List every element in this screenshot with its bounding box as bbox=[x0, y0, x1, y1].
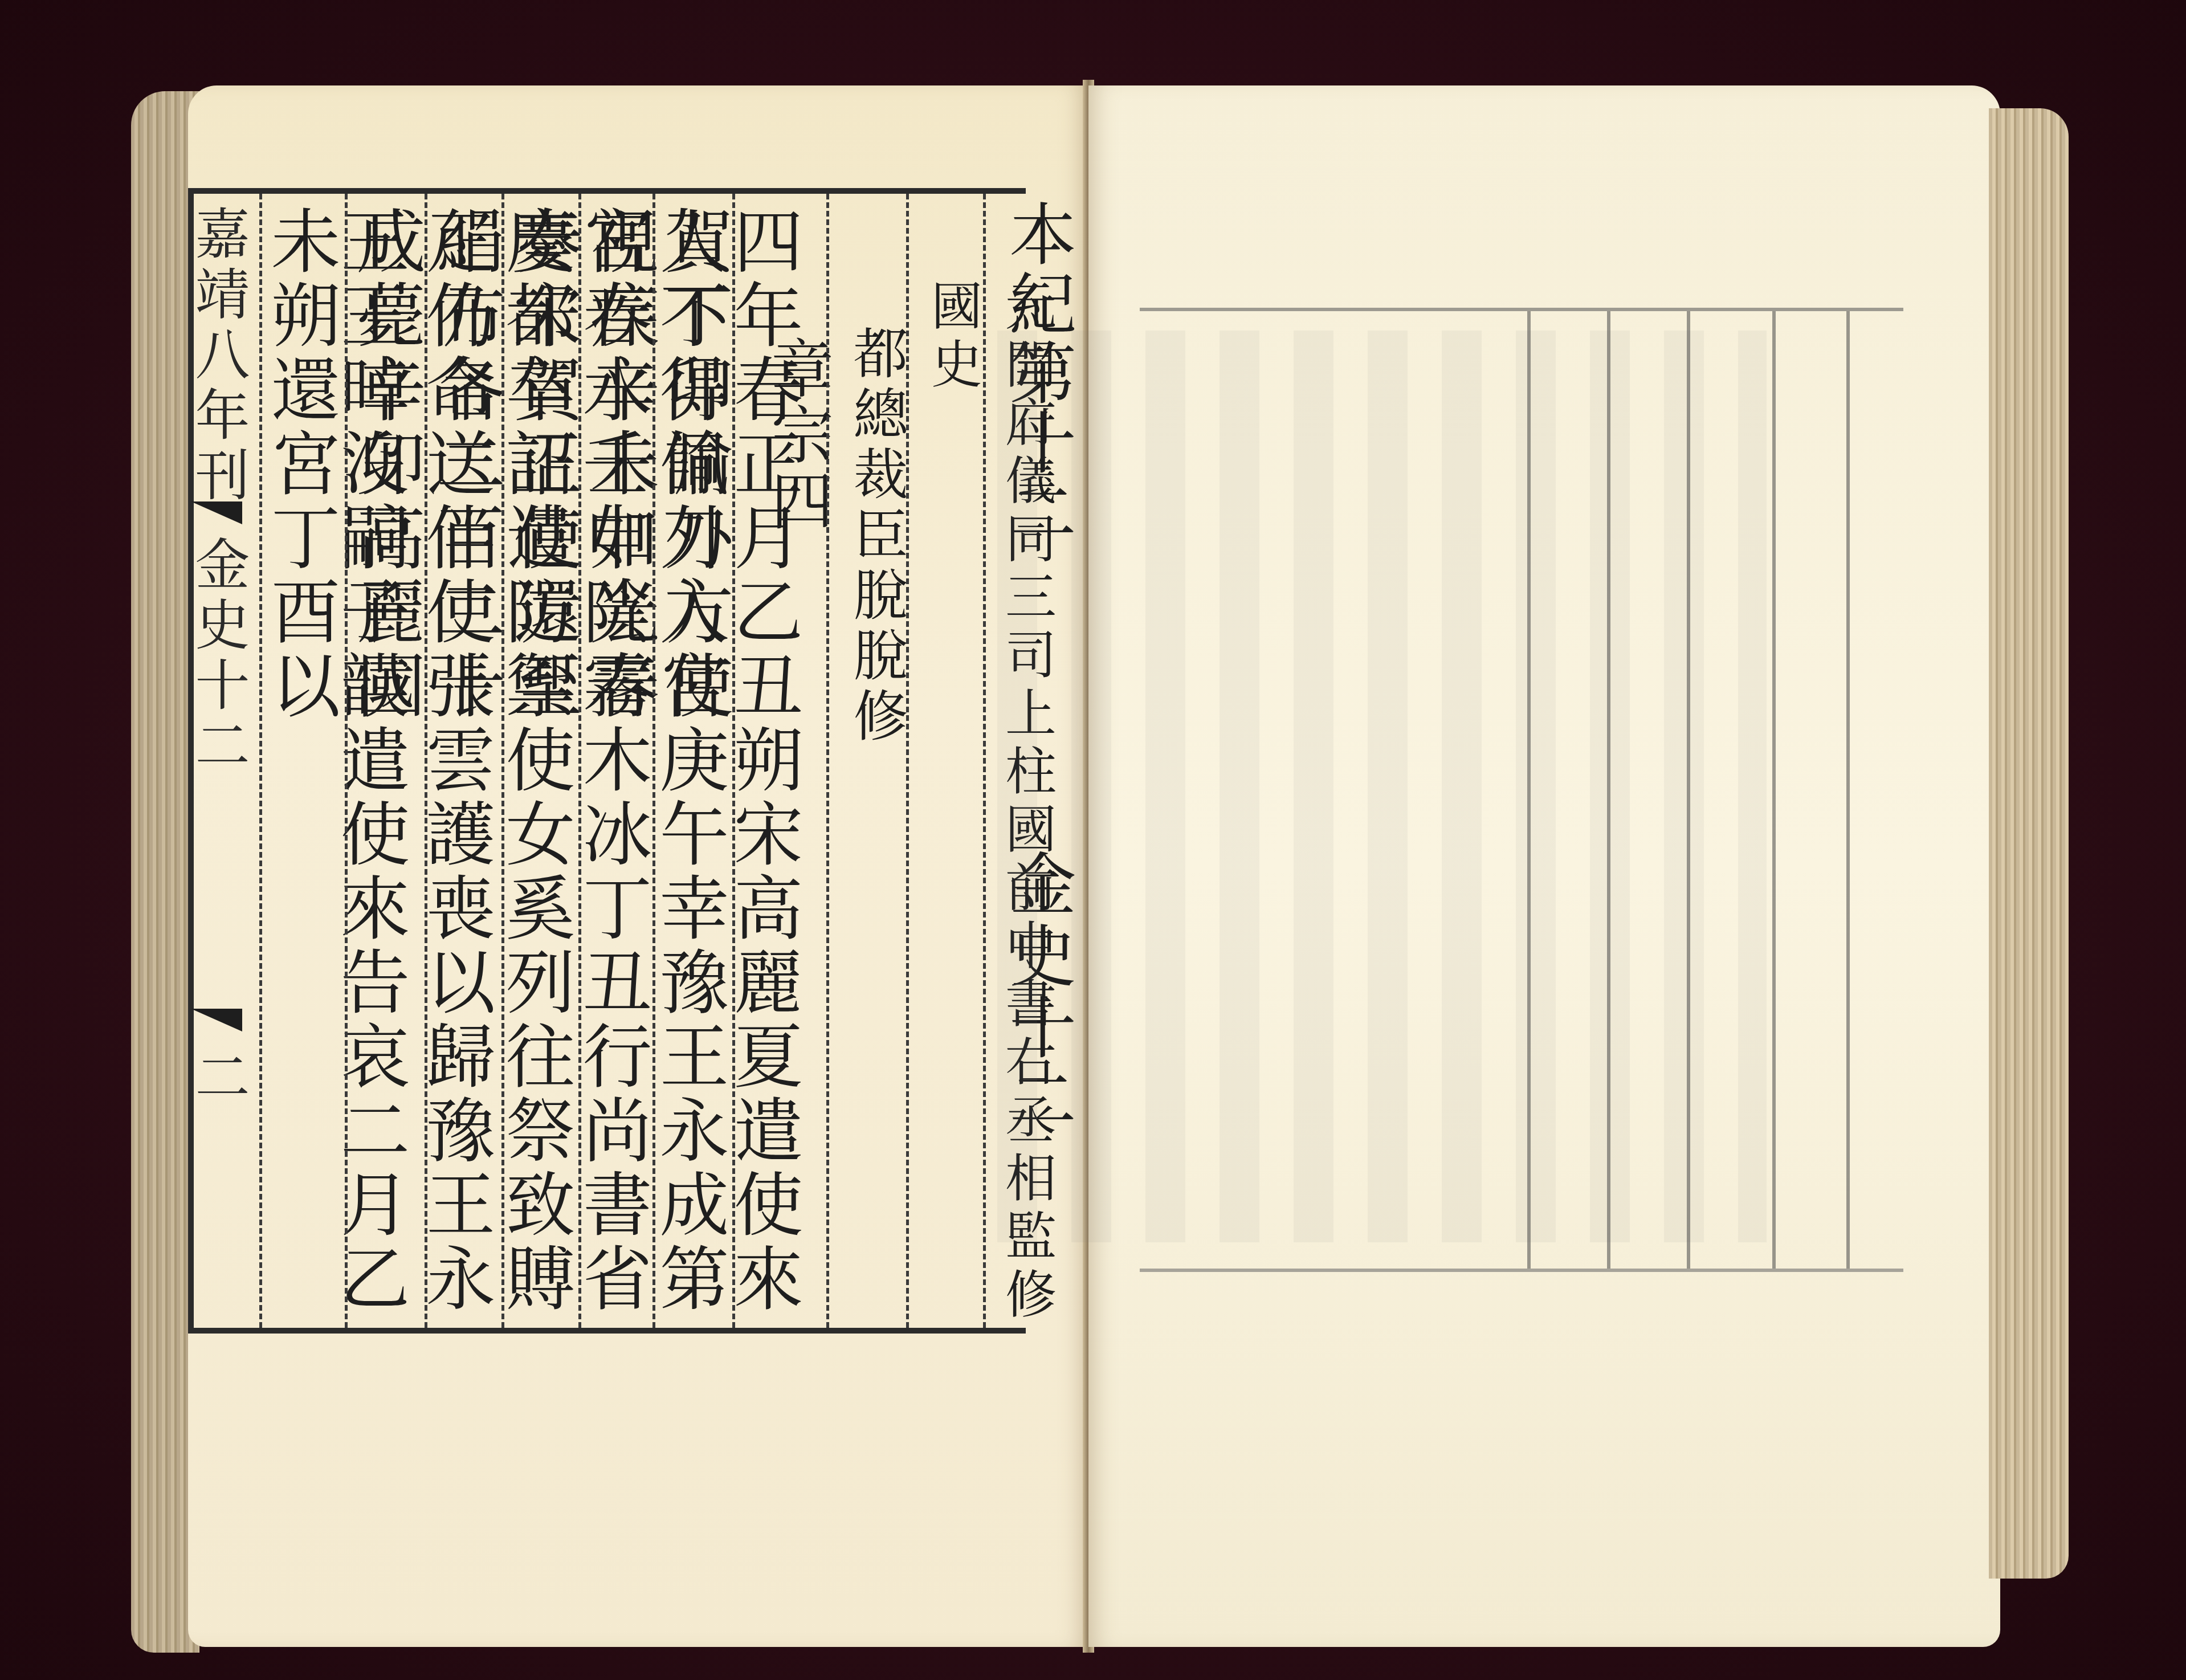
printed-frame: 嘉靖八年刊 金史十二 二 王王晫沒嗣子韺遣使來告哀二月乙未朔還宮丁酉以 疋仍命送… bbox=[188, 188, 1026, 1334]
column-rule bbox=[1772, 311, 1776, 1269]
margin-page-number: 二 bbox=[189, 1049, 258, 1109]
edition-label: 嘉靖八年刊 bbox=[186, 205, 250, 507]
fish-tail-mark-upper bbox=[191, 501, 242, 524]
right-page-edges bbox=[1989, 108, 2069, 1579]
column-rule bbox=[1607, 311, 1610, 1269]
column-rule bbox=[1846, 311, 1850, 1269]
margin-edition: 嘉靖八年刊 bbox=[189, 205, 258, 507]
column-rule bbox=[826, 194, 829, 1328]
page-number: 二 bbox=[186, 1049, 250, 1109]
column-rule bbox=[906, 194, 909, 1328]
column-rule bbox=[983, 194, 986, 1328]
margin-book-title: 金史十二 bbox=[186, 536, 250, 777]
column-rule bbox=[1687, 311, 1690, 1269]
compiler-line: 都總裁臣脫脫修 bbox=[838, 325, 916, 748]
right-page-frame bbox=[1140, 308, 1903, 1272]
fish-tail-mark-lower bbox=[191, 1009, 242, 1031]
column-rule bbox=[732, 194, 735, 1328]
margin-title: 金史十二 bbox=[189, 536, 258, 777]
column-rule bbox=[1527, 311, 1531, 1269]
